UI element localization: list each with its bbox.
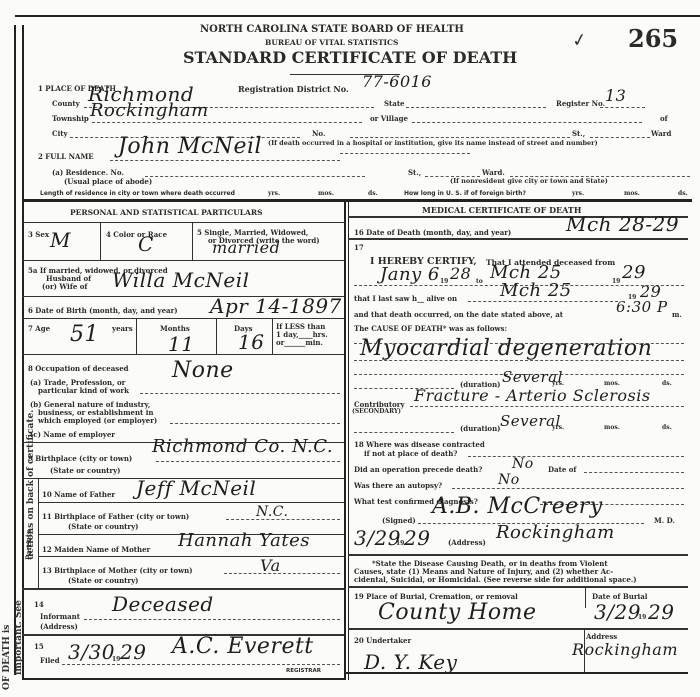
city-label: City [52, 129, 68, 138]
filed-date: 3/30 [68, 640, 115, 664]
rule [22, 588, 344, 590]
signed-label: (Signed) [382, 516, 416, 525]
duration-2-yrs: yrs. [552, 424, 564, 431]
city-st-label: St., [572, 129, 585, 138]
undertaker-label: 20 Undertaker [354, 636, 411, 645]
last-saw-line [468, 301, 618, 302]
hospital-note: (If death occurred in a hospital or inst… [268, 139, 598, 147]
register-no-label: Register No. [556, 99, 605, 108]
md-label: M. D. [654, 516, 675, 525]
cause-line-1 [354, 343, 684, 344]
contracted-label-2: if not at place of death? [364, 449, 457, 458]
autopsy-label: Was there an autopsy? [354, 481, 442, 490]
autopsy-line [452, 488, 684, 489]
age-years-label: years [112, 324, 133, 333]
birthplace-sub-label: (State or country) [50, 466, 120, 475]
operation-value: No [512, 456, 534, 472]
nonresident-note: (If nonresident give city or town and St… [450, 177, 608, 185]
state-line [406, 107, 546, 108]
from-year-prefix: 19 [440, 278, 448, 285]
duration-1-ds: ds. [662, 380, 672, 387]
birthplace-label: 9 Birthplace (city or town) [28, 454, 132, 463]
mother-bp-line [224, 573, 340, 574]
rule [216, 318, 217, 354]
length-mos-label: mos. [318, 190, 334, 197]
rule [38, 478, 39, 588]
from-year: 28 [450, 264, 471, 283]
address-label: (Address) [448, 538, 486, 547]
cause-line-2 [354, 360, 684, 361]
bureau-name: BUREAU OF VITAL STATISTICS [265, 38, 398, 47]
personal-section-title: PERSONAL AND STATISTICAL PARTICULARS [70, 208, 263, 217]
age-months-value: 11 [168, 332, 194, 356]
township-line [92, 122, 362, 123]
parents-label: Parents [24, 530, 33, 560]
father-value: Jeff McNeil [136, 476, 256, 500]
foreign-yrs-label: yrs. [572, 190, 584, 197]
village-line [412, 122, 642, 123]
burial-place: County Home [378, 600, 537, 625]
date-of-line [584, 472, 684, 473]
footnote-line-3: cidental, Suicidal, or Homicidal. (See r… [354, 575, 637, 584]
left-outer-border [14, 25, 16, 675]
informant-number: 14 [34, 600, 44, 609]
age-days-value: 16 [238, 330, 264, 354]
dod-value: Mch 28-29 [566, 212, 679, 236]
mother-value: Hannah Yates [178, 530, 310, 551]
full-name-line [110, 160, 340, 161]
checkmark-icon: ✓ [570, 29, 589, 52]
physician-signature: A.B. McCreery [432, 494, 603, 519]
rule [348, 554, 688, 556]
age-label: 7 Age [28, 324, 50, 333]
sex-value: M [50, 228, 71, 252]
informant-line [84, 619, 340, 620]
township-label: Township [52, 114, 89, 123]
occupation-value: None [172, 358, 234, 383]
bottom-border-right [344, 672, 688, 674]
contracted-label-1: 18 Where was disease contracted [354, 440, 485, 449]
medical-section-title: MEDICAL CERTIFICATE OF DEATH [422, 205, 581, 215]
rule [272, 318, 273, 354]
full-name-value: John McNeil [118, 134, 262, 159]
contributory-line [410, 406, 684, 407]
full-name-line-2 [340, 153, 470, 154]
foreign-mos-label: mos. [624, 190, 640, 197]
physician-address: Rockingham [496, 522, 615, 543]
center-divider [344, 200, 346, 680]
autopsy-value: No [498, 472, 520, 488]
m-label: m. [672, 310, 682, 319]
filed-number: 15 [34, 642, 44, 651]
residence-ward-label: Ward. [482, 168, 505, 177]
duration-2-ds: ds. [662, 424, 672, 431]
father-birthplace-value: N.C. [256, 504, 288, 520]
mother-birthplace-sub: (State or country) [68, 576, 138, 585]
less-label-3: or______min. [276, 338, 323, 347]
death-occurred-label: and that death occurred, on the date sta… [354, 310, 563, 319]
registration-district-value: 77-6016 [362, 72, 432, 91]
registration-district-label: Registration District No. [238, 84, 349, 94]
informant-value: Deceased [112, 592, 214, 616]
informant-label: Informant [40, 612, 80, 621]
of-label: of [660, 114, 668, 123]
page-number: 265 [628, 24, 678, 53]
mother-birthplace-label: 13 Birthplace of Mother (city or town) [42, 566, 193, 575]
street-line [350, 137, 570, 138]
date-of-label: Date of [548, 465, 576, 474]
margin-instructions-3: OF DEATH is [2, 625, 12, 690]
attended-from: Jany 6 [380, 264, 440, 285]
to-year: 29 [622, 262, 646, 283]
agency-name: NORTH CAROLINA STATE BOARD OF HEALTH [200, 24, 464, 35]
death-time: 6:30 P [616, 298, 668, 316]
full-name-label: 2 FULL NAME [38, 152, 94, 161]
undertaker-address: Rockingham [572, 640, 678, 659]
register-line [600, 107, 645, 108]
rule [22, 354, 344, 355]
cause-value: Myocardial degeneration [360, 336, 652, 361]
ward-line [590, 137, 650, 138]
age-years-value: 51 [70, 322, 99, 347]
contracted-line [468, 456, 684, 457]
residence-st-label: St., [408, 168, 421, 177]
rule [136, 318, 137, 354]
residence-label: (a) Residence. No. [52, 168, 124, 177]
father-birthplace-sub: (State or country) [68, 522, 138, 531]
residence-line [145, 176, 365, 177]
trade-label-2: particular kind of work [38, 386, 129, 395]
dob-label: 6 Date of Birth (month, day, and year) [28, 306, 178, 315]
state-label: State [384, 99, 405, 108]
rule [348, 628, 688, 630]
city-ward-label: Ward [651, 129, 671, 138]
to-label: to [476, 278, 483, 285]
informant-sub: (Address) [40, 622, 78, 631]
rule [22, 222, 344, 223]
spouse-label-3: (or) Wife of [42, 282, 87, 291]
signed-year: 29 [404, 526, 430, 550]
mother-label: 12 Maiden Name of Mother [42, 545, 150, 554]
filed-label: Filed [40, 656, 60, 665]
center-divider-2 [348, 200, 349, 680]
top-border [15, 15, 700, 17]
rule [192, 222, 193, 260]
marital-value: married [212, 238, 280, 257]
bottom-border-left [22, 678, 344, 680]
rule [22, 260, 344, 261]
duration-2-line [354, 432, 454, 433]
section-divider [22, 199, 692, 202]
length-yrs-label: yrs. [268, 190, 280, 197]
foreign-ds-label: ds. [678, 190, 688, 197]
father-label: 10 Name of Father [42, 490, 115, 499]
register-no-value: 13 [605, 86, 626, 105]
residence-sub-label: (Usual place of abode) [64, 177, 152, 186]
rule [38, 502, 344, 503]
length-of-residence-label: Length of residence in city or town wher… [40, 190, 235, 197]
industry-label-3: which employed (or employer) [38, 416, 157, 425]
rule [348, 586, 688, 588]
duration-2-mos: mos. [604, 424, 620, 431]
occupation-label: 8 Occupation of deceased [28, 364, 129, 373]
industry-line [170, 423, 340, 424]
rule [38, 556, 344, 557]
filed-year: 29 [120, 640, 146, 664]
duration-label-2: (duration) [460, 424, 500, 433]
signed-date: 3/29 [354, 526, 401, 550]
rule [348, 238, 688, 240]
last-saw-label: that I last saw h__ alive on [354, 294, 457, 303]
certify-number: 17 [354, 243, 364, 252]
county-label: County [52, 99, 80, 108]
spouse-value: Willa McNeil [112, 268, 249, 292]
father-birthplace-label: 11 Birthplace of Father (city or town) [42, 512, 189, 521]
registrar-signature: A.C. Everett [172, 634, 314, 659]
filed-line [62, 664, 340, 665]
burial-year-prefix: 19 [638, 614, 646, 621]
left-section-border [22, 200, 24, 680]
length-ds-label: ds. [368, 190, 378, 197]
last-saw-value: Mch 25 [500, 280, 572, 301]
contributory-value: Fracture - Arterio Sclerosis [414, 386, 651, 405]
undertaker-value: D. Y. Key [364, 650, 457, 674]
cause-label: The CAUSE OF DEATH* was as follows: [354, 324, 507, 333]
sex-label: 3 Sex [28, 230, 49, 239]
township-value: Rockingham [90, 100, 209, 121]
dod-label: 16 Date of Death (month, day, and year) [354, 228, 511, 237]
to-year-prefix: 19 [612, 278, 620, 285]
village-label: or Village [370, 114, 408, 123]
birthplace-line [156, 461, 340, 462]
rule [585, 588, 586, 608]
race-value: C [138, 232, 154, 256]
rule [22, 318, 344, 319]
employer-label: (c) Name of employer [30, 430, 115, 439]
father-bp-line [226, 519, 340, 520]
rule [100, 222, 101, 260]
burial-year: 29 [648, 600, 674, 624]
city-no-label: No. [312, 129, 325, 138]
dob-value: Apr 14-1897 [210, 294, 342, 318]
registrar-label: REGISTRAR [286, 668, 321, 674]
operation-label: Did an operation precede death? [354, 465, 482, 474]
race-label: 4 Color or Race [106, 230, 167, 239]
secondary-label: (SECONDARY) [352, 408, 401, 415]
certificate-title: STANDARD CERTIFICATE OF DEATH [183, 48, 517, 67]
burial-date: 3/29 [594, 600, 641, 624]
trade-line [140, 393, 340, 394]
foreign-birth-label: How long in U. S. if of foreign birth? [404, 190, 526, 197]
birthplace-value: Richmond Co. N.C. [152, 436, 333, 457]
